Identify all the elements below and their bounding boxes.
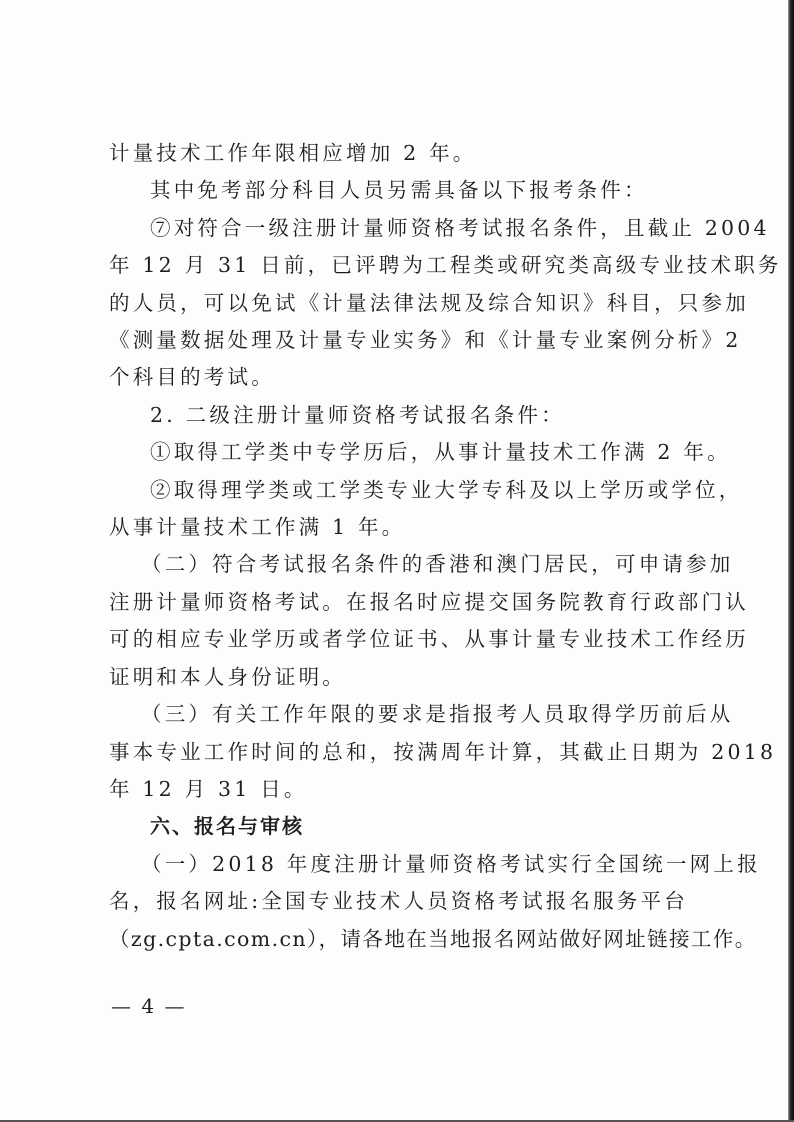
text-line: （二）符合考试报名条件的香港和澳门居民，可申请参加 [109,546,684,583]
text-line: 《测量数据处理及计量专业实务》和《计量专业案例分析》2 [109,322,684,359]
text-line: 事本专业工作时间的总和，按满周年计算，其截止日期为 2018 [109,734,684,771]
text-line: 可的相应专业学历或者学位证书、从事计量专业技术工作经历 [109,621,684,658]
text-line: 名，报名网址:全国专业技术人员资格考试报名服务平台 [109,883,684,920]
text-line: 年 12 月 31 日前，已评聘为工程类或研究类高级专业技术职务 [109,247,684,284]
text-line: 证明和本人身份证明。 [109,659,684,696]
text-line: 的人员，可以免试《计量法律法规及综合知识》科目，只参加 [109,285,684,322]
text-line: （zg.cpta.com.cn），请各地在当地报名网站做好网址链接工作。 [109,921,684,958]
text-line: 其中免考部分科目人员另需具备以下报考条件： [109,172,684,209]
text-line: 个科目的考试。 [109,359,684,396]
text-line: 计量技术工作年限相应增加 2 年。 [109,135,684,172]
text-line: ①取得工学类中专学历后，从事计量技术工作满 2 年。 [109,434,684,471]
text-line: （一）2018 年度注册计量师资格考试实行全国统一网上报 [109,846,684,883]
text-line: ②取得理学类或工学类专业大学专科及以上学历或学位， [109,472,684,509]
document-body: 计量技术工作年限相应增加 2 年。 其中免考部分科目人员另需具备以下报考条件： … [109,135,684,958]
text-line: 注册计量师资格考试。在报名时应提交国务院教育行政部门认 [109,584,684,621]
text-line: 2. 二级注册计量师资格考试报名条件： [109,397,684,434]
scan-edge [788,0,794,1122]
page-number: — 4 — [111,994,186,1018]
text-line: 年 12 月 31 日。 [109,771,684,808]
text-line: 从事计量技术工作满 1 年。 [109,509,684,546]
text-line: ⑦对符合一级注册计量师资格考试报名条件，且截止 2004 [109,210,684,247]
document-page: 计量技术工作年限相应增加 2 年。 其中免考部分科目人员另需具备以下报考条件： … [0,0,794,1122]
text-line: （三）有关工作年限的要求是指报考人员取得学历前后从 [109,696,684,733]
section-heading: 六、报名与审核 [109,808,684,845]
